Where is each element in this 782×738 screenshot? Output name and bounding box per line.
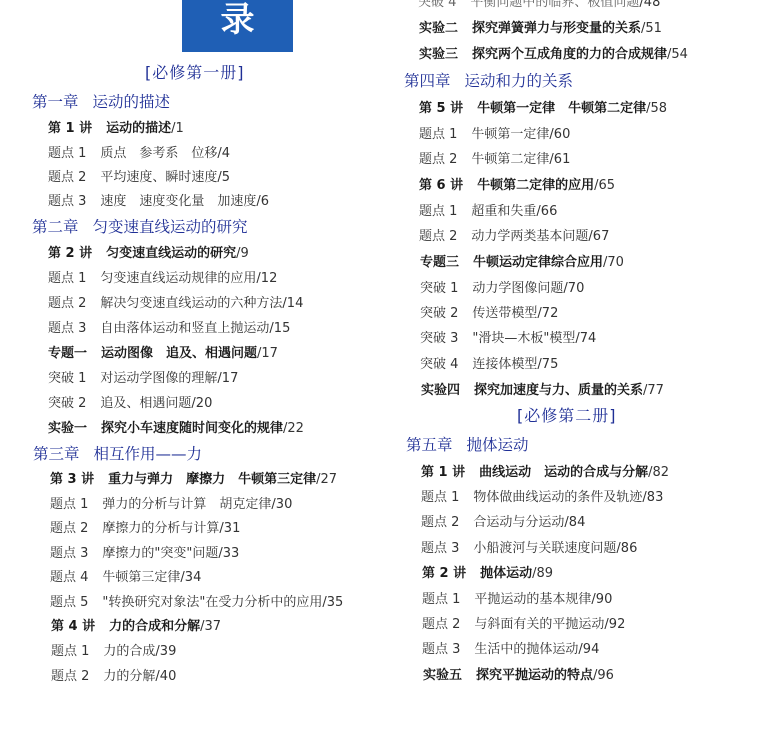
page-number: /39: [155, 644, 176, 659]
page-number: /84: [564, 515, 585, 530]
entry-label: 突破 4: [418, 0, 456, 12]
entry-title: 解决匀变速直线运动的六种方法: [100, 296, 282, 311]
topic-entry[interactable]: 突破 2追及、相遇问题/20: [48, 395, 212, 413]
page-number: /75: [537, 357, 558, 372]
chapter-label: 第四章: [404, 72, 451, 90]
entry-title: 牛顿第二定律的应用: [477, 178, 594, 193]
page-number: /77: [643, 383, 664, 398]
entry-title: 匀变速直线运动的研究: [106, 246, 236, 261]
page-number: /67: [588, 229, 609, 244]
entry-title: 牛顿第三定律: [102, 570, 180, 585]
chapter-title: 运动和力的关系: [465, 72, 574, 90]
entry-label: 题点 1: [51, 643, 89, 661]
page-number: /37: [200, 619, 221, 634]
page-number: /74: [575, 331, 596, 346]
entry-label: 题点 2: [419, 228, 457, 246]
topic-entry[interactable]: 突破 4平衡问题中的临界、极值问题/48: [418, 0, 660, 12]
page-number: /61: [549, 152, 570, 167]
entry-title: 抛体运动: [480, 566, 532, 581]
entry-label: 题点 2: [50, 520, 88, 538]
topic-entry[interactable]: 题点 1超重和失重/66: [419, 203, 557, 221]
topic-entry[interactable]: 题点 1牛顿第一定律/60: [419, 126, 570, 144]
chapter-label: 第三章: [33, 445, 80, 463]
page-number: /60: [549, 127, 570, 142]
entry-label: 题点 2: [419, 151, 457, 169]
entry-title: 力的分解: [103, 669, 155, 684]
topic-entry[interactable]: 突破 3"滑块—木板"模型/74: [420, 330, 596, 348]
page-number: /17: [217, 371, 238, 386]
topic-entry[interactable]: 题点 1弹力的分析与计算 胡克定律/30: [50, 496, 292, 514]
entry-title: 质点 参考系 位移: [100, 146, 217, 161]
entry-label: 题点 2: [51, 668, 89, 686]
entry-label: 第 2 讲: [422, 565, 466, 583]
page-number: /15: [269, 321, 290, 336]
toc-title-banner: 录: [182, 0, 293, 52]
entry-title: 牛顿第二定律: [471, 152, 549, 167]
page-number: /4: [217, 146, 230, 161]
entry-label: 第 2 讲: [48, 245, 92, 263]
entry-label: 第 6 讲: [419, 177, 463, 195]
entry-title: 合运动与分运动: [473, 515, 564, 530]
entry-label: 题点 1: [50, 496, 88, 514]
lecture-entry[interactable]: 专题一运动图像 追及、相遇问题/17: [48, 345, 278, 363]
page-number: /40: [155, 669, 176, 684]
entry-label: 实验五: [423, 667, 462, 685]
topic-entry[interactable]: 题点 2与斜面有关的平抛运动/92: [422, 616, 625, 634]
entry-label: 题点 1: [419, 126, 457, 144]
entry-label: 题点 3: [421, 540, 459, 558]
entry-label: 突破 3: [420, 330, 458, 348]
entry-label: 实验四: [421, 382, 460, 400]
page-number: /31: [219, 521, 240, 536]
topic-entry[interactable]: 题点 4牛顿第三定律/34: [50, 569, 201, 587]
entry-title: 探究两个互成角度的力的合成规律: [472, 47, 667, 62]
entry-title: 自由落体运动和竖直上抛运动: [100, 321, 269, 336]
page-number: /66: [536, 204, 557, 219]
entry-label: 题点 5: [50, 594, 88, 612]
entry-title: 平均速度、瞬时速度: [100, 170, 217, 185]
lecture-entry[interactable]: 第 6 讲牛顿第二定律的应用/65: [419, 177, 615, 195]
page-number: /83: [642, 490, 663, 505]
entry-title: 匀变速直线运动规律的应用: [100, 271, 256, 286]
topic-entry[interactable]: 题点 1平抛运动的基本规律/90: [422, 591, 612, 609]
entry-label: 实验一: [48, 420, 87, 438]
entry-title: 力的合成: [103, 644, 155, 659]
entry-title: 动力学图像问题: [472, 281, 563, 296]
entry-title: 力的合成和分解: [109, 619, 200, 634]
entry-title: 小船渡河与关联速度问题: [473, 541, 616, 556]
page-number: /30: [271, 497, 292, 512]
page-number: /70: [603, 255, 624, 270]
entry-label: 突破 1: [420, 280, 458, 298]
entry-title: 物体做曲线运动的条件及轨迹: [473, 490, 642, 505]
entry-label: 题点 2: [48, 169, 86, 187]
page-number: /6: [256, 194, 269, 209]
page-number: /89: [532, 566, 553, 581]
chapter-title: 抛体运动: [467, 436, 529, 454]
page-number: /5: [217, 170, 230, 185]
entry-label: 突破 4: [420, 356, 458, 374]
topic-entry[interactable]: 题点 3速度 速度变化量 加速度/6: [48, 193, 269, 211]
topic-entry[interactable]: 题点 2平均速度、瞬时速度/5: [48, 169, 230, 187]
topic-entry[interactable]: 题点 3摩擦力的"突变"问题/33: [50, 545, 239, 563]
entry-label: 题点 3: [48, 193, 86, 211]
chapter-heading[interactable]: 第二章匀变速直线运动的研究: [32, 218, 248, 236]
entry-label: 题点 1: [419, 203, 457, 221]
topic-entry[interactable]: 题点 3小船渡河与关联速度问题/86: [421, 540, 637, 558]
topic-entry[interactable]: 题点 2解决匀变速直线运动的六种方法/14: [48, 295, 303, 313]
lecture-entry[interactable]: 第 4 讲力的合成和分解/37: [51, 618, 221, 636]
page-number: /65: [594, 178, 615, 193]
entry-label: 实验三: [419, 46, 458, 64]
entry-title: 平衡问题中的临界、极值问题: [470, 0, 639, 10]
lecture-entry[interactable]: 第 2 讲抛体运动/89: [422, 565, 553, 583]
entry-title: 传送带模型: [472, 306, 537, 321]
page-number: /48: [639, 0, 660, 10]
volume-heading: [必修第二册]: [517, 407, 617, 425]
entry-title: 超重和失重: [471, 204, 536, 219]
entry-title: 弹力的分析与计算 胡克定律: [102, 497, 271, 512]
topic-entry[interactable]: 突破 4连接体模型/75: [420, 356, 558, 374]
entry-label: 题点 3: [422, 641, 460, 659]
lecture-entry[interactable]: 实验五探究平抛运动的特点/96: [423, 667, 614, 685]
entry-title: 运动的描述: [106, 121, 171, 136]
topic-entry[interactable]: 题点 1匀变速直线运动规律的应用/12: [48, 270, 277, 288]
entry-label: 专题一: [48, 345, 87, 363]
topic-entry[interactable]: 突破 2传送带模型/72: [420, 305, 558, 323]
topic-entry[interactable]: 题点 2动力学两类基本问题/67: [419, 228, 609, 246]
page-number: /51: [641, 21, 662, 36]
lecture-entry[interactable]: 第 5 讲牛顿第一定律 牛顿第二定律/58: [419, 100, 667, 118]
chapter-heading[interactable]: 第五章抛体运动: [406, 436, 529, 454]
entry-title: 曲线运动 运动的合成与分解: [479, 465, 648, 480]
lecture-entry[interactable]: 第 2 讲匀变速直线运动的研究/9: [48, 245, 249, 263]
chapter-heading[interactable]: 第一章运动的描述: [32, 93, 170, 111]
entry-title: 探究弹簧弹力与形变量的关系: [472, 21, 641, 36]
entry-title: 探究加速度与力、质量的关系: [474, 383, 643, 398]
page-number: /94: [578, 642, 599, 657]
entry-title: 牛顿第一定律: [471, 127, 549, 142]
chapter-title: 匀变速直线运动的研究: [93, 218, 248, 236]
chapter-label: 第一章: [32, 93, 79, 111]
entry-label: 突破 1: [48, 370, 86, 388]
topic-entry[interactable]: 题点 2牛顿第二定律/61: [419, 151, 570, 169]
entry-label: 突破 2: [48, 395, 86, 413]
topic-entry[interactable]: 突破 1动力学图像问题/70: [420, 280, 584, 298]
entry-title: 探究小车速度随时间变化的规律: [101, 421, 283, 436]
entry-title: 摩擦力的"突变"问题: [102, 546, 218, 561]
lecture-entry[interactable]: 专题三牛顿运动定律综合应用/70: [420, 254, 624, 272]
toc-title-char: 录: [221, 0, 255, 40]
topic-entry[interactable]: 题点 1物体做曲线运动的条件及轨迹/83: [421, 489, 663, 507]
entry-title: 摩擦力的分析与计算: [102, 521, 219, 536]
lecture-entry[interactable]: 第 1 讲曲线运动 运动的合成与分解/82: [421, 464, 669, 482]
lecture-entry[interactable]: 实验二探究弹簧弹力与形变量的关系/51: [419, 20, 662, 38]
page-number: /86: [616, 541, 637, 556]
entry-title: 牛顿第一定律 牛顿第二定律: [477, 101, 646, 116]
entry-title: 牛顿运动定律综合应用: [473, 255, 603, 270]
topic-entry[interactable]: 题点 5"转换研究对象法"在受力分析中的应用/35: [50, 594, 343, 612]
page-number: /17: [257, 346, 278, 361]
page-number: /54: [667, 47, 688, 62]
entry-title: 平抛运动的基本规律: [474, 592, 591, 607]
page-number: /12: [256, 271, 277, 286]
page-number: /9: [236, 246, 249, 261]
entry-title: 探究平抛运动的特点: [476, 668, 593, 683]
topic-entry[interactable]: 题点 1力的合成/39: [51, 643, 176, 661]
chapter-title: 运动的描述: [93, 93, 171, 111]
entry-label: 题点 1: [48, 270, 86, 288]
page-number: /58: [646, 101, 667, 116]
entry-label: 第 1 讲: [421, 464, 465, 482]
page-number: /20: [191, 396, 212, 411]
lecture-entry[interactable]: 实验四探究加速度与力、质量的关系/77: [421, 382, 664, 400]
entry-label: 题点 2: [48, 295, 86, 313]
page-number: /14: [282, 296, 303, 311]
topic-entry[interactable]: 题点 3自由落体运动和竖直上抛运动/15: [48, 320, 290, 338]
entry-label: 突破 2: [420, 305, 458, 323]
page-number: /82: [648, 465, 669, 480]
page-number: /72: [537, 306, 558, 321]
topic-entry[interactable]: 题点 3生活中的抛体运动/94: [422, 641, 599, 659]
page-number: /35: [322, 595, 343, 610]
entry-title: 速度 速度变化量 加速度: [100, 194, 256, 209]
page-number: /22: [283, 421, 304, 436]
topic-entry[interactable]: 突破 1对运动学图像的理解/17: [48, 370, 238, 388]
entry-label: 题点 1: [421, 489, 459, 507]
entry-label: 题点 1: [48, 145, 86, 163]
page-number: /96: [593, 668, 614, 683]
entry-label: 第 3 讲: [50, 471, 94, 489]
lecture-entry[interactable]: 第 3 讲重力与弹力 摩擦力 牛顿第三定律/27: [50, 471, 337, 489]
entry-label: 实验二: [419, 20, 458, 38]
entry-label: 第 5 讲: [419, 100, 463, 118]
entry-title: 生活中的抛体运动: [474, 642, 578, 657]
page-number: /90: [591, 592, 612, 607]
page-number: /27: [316, 472, 337, 487]
entry-label: 题点 2: [422, 616, 460, 634]
entry-label: 题点 1: [422, 591, 460, 609]
page-number: /34: [180, 570, 201, 585]
entry-title: 追及、相遇问题: [100, 396, 191, 411]
page-number: /70: [563, 281, 584, 296]
entry-label: 第 1 讲: [48, 120, 92, 138]
lecture-entry[interactable]: 实验一探究小车速度随时间变化的规律/22: [48, 420, 304, 438]
topic-entry[interactable]: 题点 2合运动与分运动/84: [421, 514, 585, 532]
topic-entry[interactable]: 题点 2摩擦力的分析与计算/31: [50, 520, 240, 538]
page-number: /1: [171, 121, 184, 136]
chapter-label: 第二章: [32, 218, 79, 236]
chapter-heading[interactable]: 第三章相互作用——力: [33, 445, 202, 463]
entry-title: 与斜面有关的平抛运动: [474, 617, 604, 632]
entry-title: "转换研究对象法"在受力分析中的应用: [102, 595, 322, 610]
entry-label: 题点 4: [50, 569, 88, 587]
entry-title: 重力与弹力 摩擦力 牛顿第三定律: [108, 472, 316, 487]
entry-title: 连接体模型: [472, 357, 537, 372]
chapter-title: 相互作用——力: [94, 445, 203, 463]
page-number: /92: [604, 617, 625, 632]
entry-title: 对运动学图像的理解: [100, 371, 217, 386]
topic-entry[interactable]: 题点 2力的分解/40: [51, 668, 176, 686]
page-number: /33: [218, 546, 239, 561]
entry-label: 题点 2: [421, 514, 459, 532]
topic-entry[interactable]: 题点 1质点 参考系 位移/4: [48, 145, 230, 163]
lecture-entry[interactable]: 第 1 讲运动的描述/1: [48, 120, 184, 138]
entry-label: 专题三: [420, 254, 459, 272]
chapter-heading[interactable]: 第四章运动和力的关系: [404, 72, 573, 90]
lecture-entry[interactable]: 实验三探究两个互成角度的力的合成规律/54: [419, 46, 688, 64]
entry-label: 题点 3: [48, 320, 86, 338]
volume-heading: [必修第一册]: [145, 64, 245, 82]
entry-title: 运动图像 追及、相遇问题: [101, 346, 257, 361]
entry-title: "滑块—木板"模型: [472, 331, 575, 346]
chapter-label: 第五章: [406, 436, 453, 454]
entry-title: 动力学两类基本问题: [471, 229, 588, 244]
entry-label: 题点 3: [50, 545, 88, 563]
entry-label: 第 4 讲: [51, 618, 95, 636]
